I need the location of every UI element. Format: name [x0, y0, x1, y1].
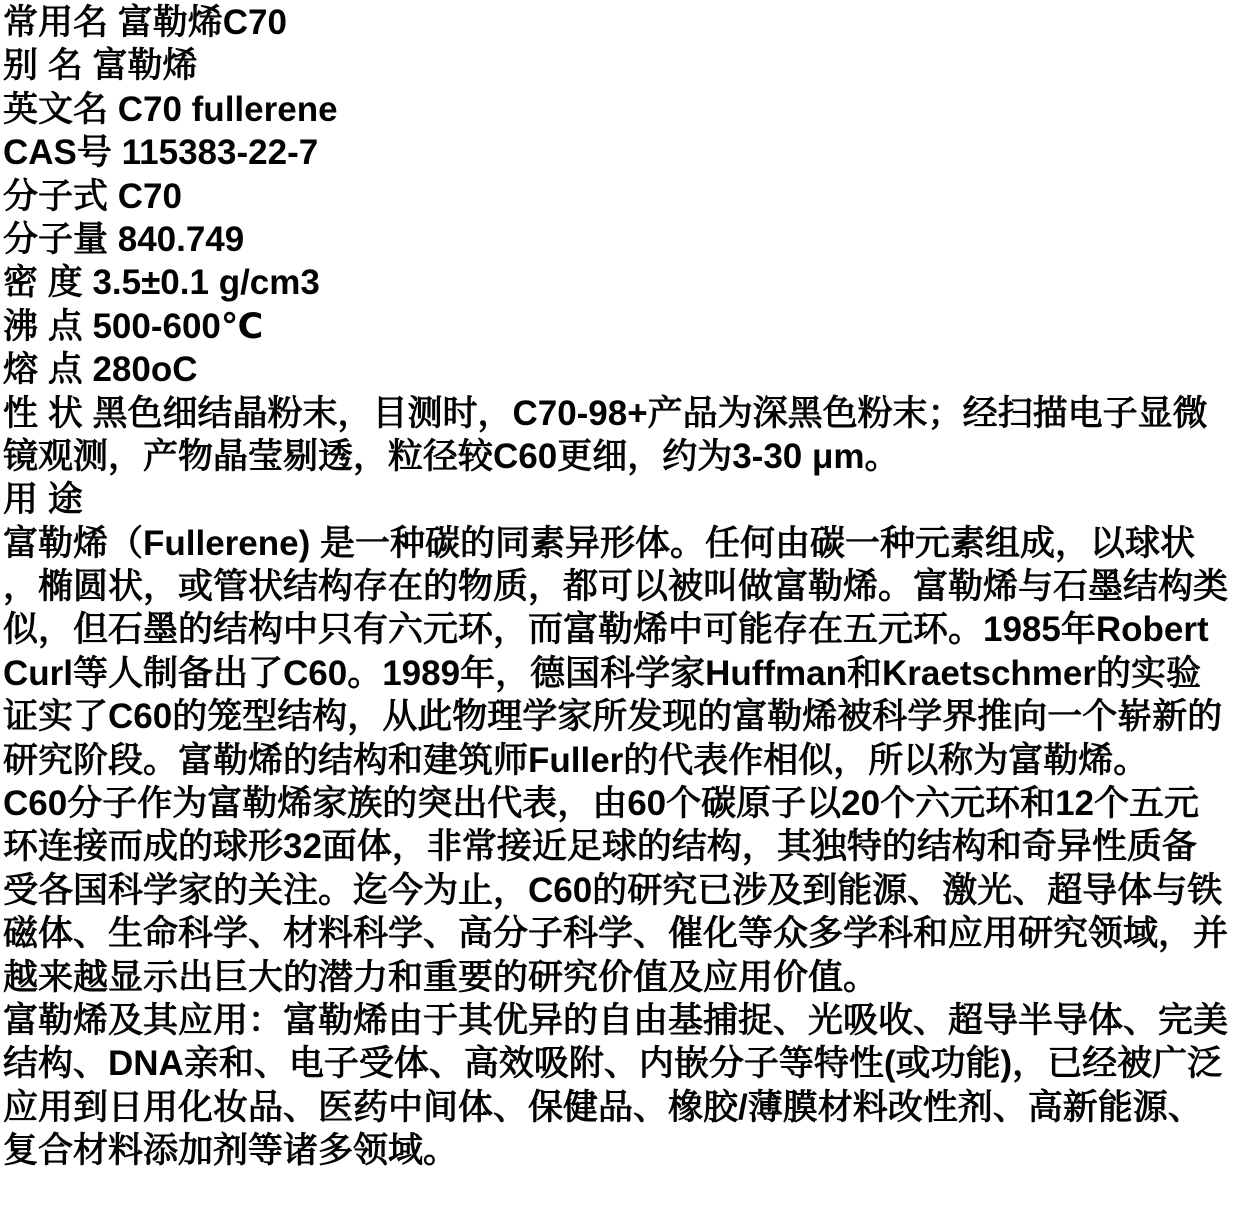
text-line: 别 名 富勒烯: [3, 44, 1242, 87]
text-line: 用 途: [3, 478, 1242, 521]
text-line: 研究阶段。富勒烯的结构和建筑师Fuller的代表作相似，所以称为富勒烯。: [3, 739, 1242, 782]
text-line: 越来越显示出巨大的潜力和重要的研究价值及应用价值。: [3, 956, 1242, 999]
text-line: 受各国科学家的关注。迄今为止，C60的研究已涉及到能源、激光、超导体与铁: [3, 869, 1242, 912]
text-line: 镜观测，产物晶莹剔透，粒径较C60更细，约为3-30 μm。: [3, 435, 1242, 478]
text-line: 分子式 C70: [3, 175, 1242, 218]
text-line: 复合材料添加剂等诸多领域。: [3, 1129, 1242, 1172]
text-line: 性 状 黑色细结晶粉末，目测时，C70-98+产品为深黑色粉末；经扫描电子显微: [3, 392, 1242, 435]
text-line: 富勒烯（Fullerene) 是一种碳的同素异形体。任何由碳一种元素组成，以球状: [3, 522, 1242, 565]
text-line: 熔 点 280oC: [3, 348, 1242, 391]
text-line: Curl等人制备出了C60。1989年，德国科学家Huffman和Kraetsc…: [3, 652, 1242, 695]
text-line: 结构、DNA亲和、电子受体、高效吸附、内嵌分子等特性(或功能)，已经被广泛: [3, 1042, 1242, 1085]
text-line: 似，但石墨的结构中只有六元环，而富勒烯中可能存在五元环。1985年Robert: [3, 608, 1242, 651]
text-line: CAS号 115383-22-7: [3, 131, 1242, 174]
text-line: 应用到日用化妆品、医药中间体、保健品、橡胶/薄膜材料改性剂、高新能源、: [3, 1086, 1242, 1129]
text-line: ，椭圆状，或管状结构存在的物质，都可以被叫做富勒烯。富勒烯与石墨结构类: [3, 565, 1242, 608]
text-line: 磁体、生命科学、材料科学、高分子科学、催化等众多学科和应用研究领域，并: [3, 912, 1242, 955]
text-line: 富勒烯及其应用：富勒烯由于其优异的自由基捕捉、光吸收、超导半导体、完美: [3, 999, 1242, 1042]
text-line: C60分子作为富勒烯家族的突出代表，由60个碳原子以20个六元环和12个五元: [3, 782, 1242, 825]
text-line: 环连接而成的球形32面体，非常接近足球的结构，其独特的结构和奇异性质备: [3, 825, 1242, 868]
document-text: 常用名 富勒烯C70别 名 富勒烯英文名 C70 fullereneCAS号 1…: [3, 1, 1242, 1173]
text-line: 证实了C60的笼型结构，从此物理学家所发现的富勒烯被科学界推向一个崭新的: [3, 695, 1242, 738]
text-line: 密 度 3.5±0.1 g/cm3: [3, 261, 1242, 304]
text-line: 沸 点 500-600℃: [3, 305, 1242, 348]
text-line: 英文名 C70 fullerene: [3, 88, 1242, 131]
text-line: 分子量 840.749: [3, 218, 1242, 261]
text-line: 常用名 富勒烯C70: [3, 1, 1242, 44]
document-body: 常用名 富勒烯C70别 名 富勒烯英文名 C70 fullereneCAS号 1…: [0, 0, 1242, 1173]
